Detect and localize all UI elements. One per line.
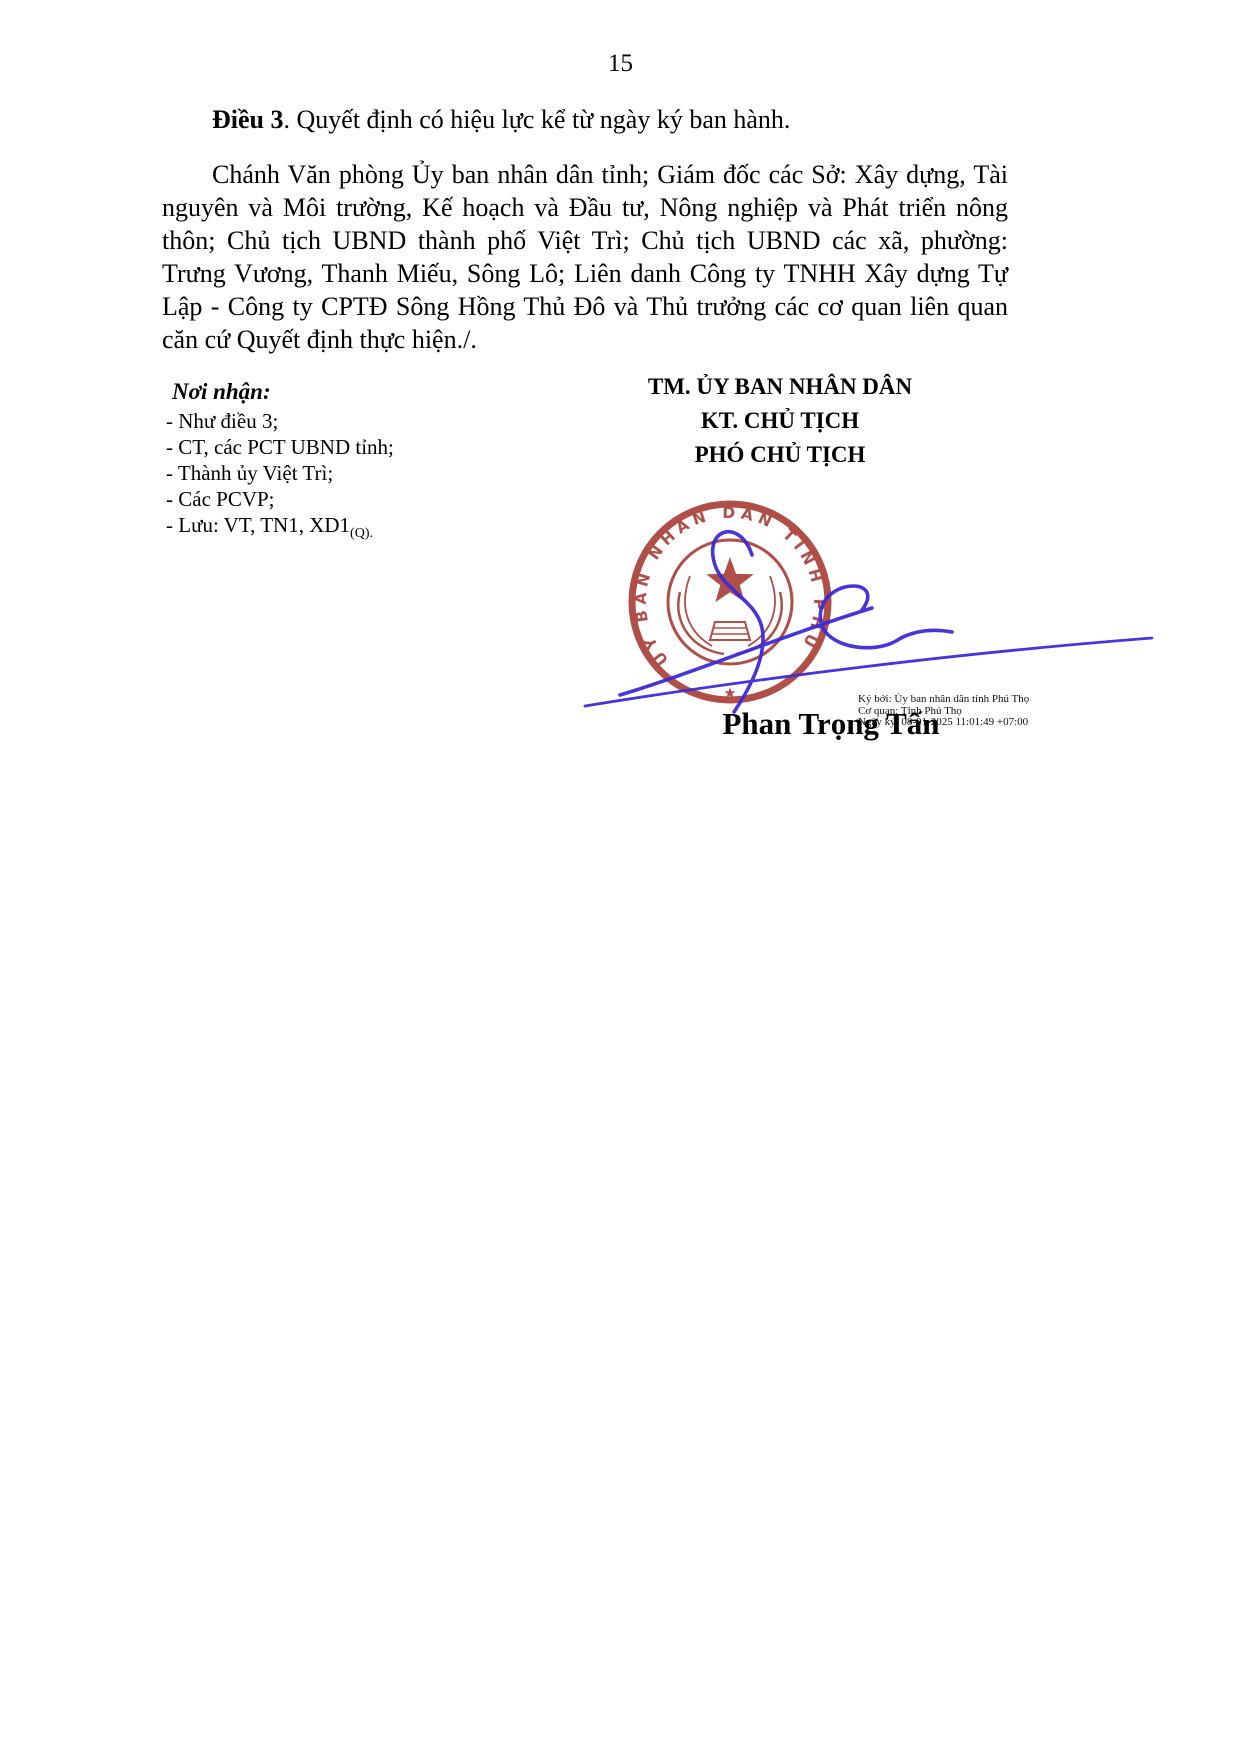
body-paragraph-line: Lập - Công ty CPTĐ Sông Hồng Thủ Đô và T… — [162, 290, 1008, 323]
page-number: 15 — [0, 50, 1241, 78]
authority-line-2: KT. CHỦ TỊCH — [560, 404, 1000, 438]
body-paragraph-line: Trưng Vương, Thanh Miếu, Sông Lô; Liên d… — [162, 257, 1008, 290]
svg-text:ỦY BAN NHÂN DÂN TỈNH PHÚ THỌ: ỦY BAN NHÂN DÂN TỈNH PHÚ THỌ — [632, 504, 829, 671]
recipient-item: - Các PCVP; — [166, 486, 394, 512]
body-paragraph-line: thôn; Chủ tịch UBND thành phố Việt Trì; … — [162, 224, 1008, 257]
body-paragraph-line: Chánh Văn phòng Ủy ban nhân dân tỉnh; Gi… — [162, 158, 1008, 191]
signing-authority-block: TM. ỦY BAN NHÂN DÂN KT. CHỦ TỊCH PHÓ CHỦ… — [560, 370, 1000, 472]
seal-star-emblem-icon — [709, 560, 751, 600]
article-3-text: . Quyết định có hiệu lực kể từ ngày ký b… — [284, 105, 791, 134]
authority-line-3: PHÓ CHỦ TỊCH — [560, 438, 1000, 472]
digital-signature-signer: Ký bởi: Ủy ban nhân dân tỉnh Phú Thọ — [858, 694, 1058, 706]
recipient-archive-subscript: (Q). — [350, 526, 373, 541]
seal-bottom-star-icon: ★ — [723, 684, 736, 702]
document-page: 15 Điều 3. Quyết định có hiệu lực kể từ … — [0, 0, 1241, 1755]
recipient-item: - Như điều 3; — [166, 408, 394, 434]
document-body: Điều 3. Quyết định có hiệu lực kể từ ngà… — [162, 103, 1008, 356]
recipient-item: - Thành ủy Việt Trì; — [166, 460, 394, 486]
article-3-label: Điều 3 — [212, 105, 284, 134]
handwritten-signature-icon — [585, 532, 1152, 712]
official-seal-icon: ỦY BAN NHÂN DÂN TỈNH PHÚ THỌ ★ — [632, 504, 829, 702]
signer-name: Phan Trọng Tấn — [700, 706, 962, 742]
recipient-archive-main: - Lưu: VT, TN1, XD1 — [166, 513, 350, 537]
seal-ring-text: ỦY BAN NHÂN DÂN TỈNH PHÚ THỌ — [632, 504, 829, 671]
body-paragraph-line: nguyên và Môi trường, Kế hoạch và Đầu tư… — [162, 191, 1008, 224]
recipient-item: - CT, các PCT UBND tỉnh; — [166, 434, 394, 460]
body-paragraph-line: căn cứ Quyết định thực hiện./. — [162, 323, 1008, 356]
recipients-block: Nơi nhận: - Như điều 3; - CT, các PCT UB… — [166, 379, 394, 547]
recipients-heading: Nơi nhận: — [166, 379, 394, 405]
authority-line-1: TM. ỦY BAN NHÂN DÂN — [560, 370, 1000, 404]
recipient-item-archive: - Lưu: VT, TN1, XD1(Q). — [166, 512, 394, 547]
article-3-line: Điều 3. Quyết định có hiệu lực kể từ ngà… — [162, 103, 1008, 136]
